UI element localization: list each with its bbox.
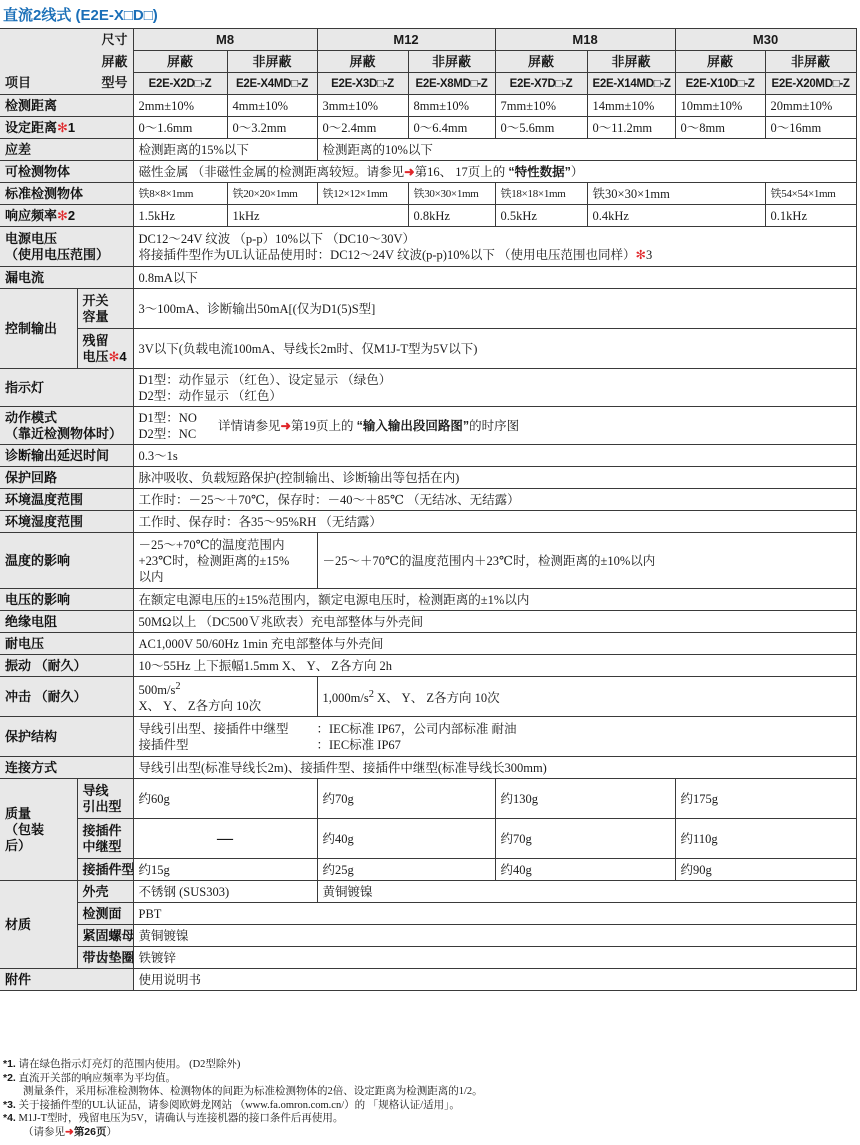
footnote: *2. 直流开关部的响应频率为平均值。 [3,1072,483,1086]
footnote: *3. 关于接插件型的UL认证品，请参阅欧姆龙网站 （www.fa.omron.… [3,1099,483,1113]
shield-type: 屏蔽 [133,51,227,73]
footnote-text: 测量条件，采用标准检测物体、检测物体的间距为标准检测物体的2倍、设定距离为检测距… [23,1086,483,1097]
cell-value: PBT [133,903,856,925]
text: 的时序图 [469,419,519,433]
header-row-shield: 屏蔽 屏蔽 非屏蔽 屏蔽 非屏蔽 屏蔽 非屏蔽 屏蔽 非屏蔽 [0,51,856,73]
cell-value: 约90g [675,859,856,881]
quoted-text: “输入输出段回路图” [357,419,470,433]
row-label: 保护结构 [0,717,133,757]
shield-type: 非屏蔽 [587,51,675,73]
cell-value: 使用说明书 [133,969,856,991]
row-indicator: 指示灯 D1型：动作显示 （红色）、设定显示 （绿色） D2型：动作显示 （红色… [0,369,856,407]
row-detectable-object: 可检测物体 磁性金属 （非磁性金属的检测距离较短。请参见➜第16、 17页上的 … [0,161,856,183]
cell-value: 0～5.6mm [495,117,587,139]
text: X、 Y、 Z各方向 10次 [374,691,500,705]
sub-label-line: 容量 [83,309,128,325]
row-label-line: （使用电压范围） [5,247,128,263]
cell-value: 约110g [675,819,856,859]
cell-value: 脉冲吸收、负载短路保护(控制输出、诊断输出等包括在内) [133,467,856,489]
row-set-distance: 设定距离✻1 0～1.6mm 0～3.2mm 0～2.4mm 0～6.4mm 0… [0,117,856,139]
item-label: 项目 [5,75,31,91]
sub-label: 检测面 [77,903,133,925]
cell-value: — [133,819,317,859]
row-label: 应差 [0,139,133,161]
row-label: 质量 （包装 后） [0,779,77,881]
cell-value: 14mm±10% [587,95,675,117]
cell-value: 检测距离的10%以下 [317,139,856,161]
shield-type: 屏蔽 [495,51,587,73]
sub-label: 接插件 中继型 [77,819,133,859]
quoted-text: “特性数据” [508,165,571,179]
sub-label: 残留 电压✻4 [77,329,133,369]
cell-value: 约70g [495,819,675,859]
row-dielectric-strength: 耐电压 AC1,000V 50/60Hz 1min 充电部整体与外壳间 [0,633,856,655]
cell-value: 0.4kHz [587,205,765,227]
cell-value: 约70g [317,779,495,819]
footnote: 测量条件，采用标准检测物体、检测物体的间距为标准检测物体的2倍、设定距离为检测距… [3,1085,483,1099]
shield-label: 屏蔽 [0,51,133,73]
cell-value: 50MΩ以上 （DC500Ｖ兆欧表）充电部整体与外壳间 [133,611,856,633]
cell-value: 约175g [675,779,856,819]
row-material-face: 检测面 PBT [0,903,856,925]
row-material-nut: 紧固螺母 黄铜镀镍 [0,925,856,947]
cell-value: 0～6.4mm [408,117,495,139]
value-line: 将接插件型作为UL认证品使用时：DC12～24V 纹波(p-p)10%以下 （使… [139,247,851,263]
row-power-voltage: 电源电压 （使用电压范围） DC12～24V 纹波 （p-p）10%以下 （DC… [0,227,856,267]
row-response-frequency: 响应频率✻2 1.5kHz 1kHz 0.8kHz 0.5kHz 0.4kHz … [0,205,856,227]
row-label: 电压的影响 [0,589,133,611]
footnote-key: *4. [3,1112,16,1124]
model-name: E2E-X2D□-Z [133,73,227,95]
shield-type: 非屏蔽 [765,51,856,73]
cell-value: 约40g [317,819,495,859]
value-line: 导线引出型、接插件中继型：IEC标准 IP67，公司内部标准 耐油 [139,721,851,737]
value-line: D1型：动作显示 （红色）、设定显示 （绿色） [139,372,851,388]
cell-value: 3V以下(负载电流100mA、导线长2m时、仅M1J-T型为5V以下) [133,329,856,369]
sub-label-line: 开关 [83,293,128,309]
footnote-text: M1J-T型时，残留电压为5V，请确认与连接机器的接口条件后再使用。 [18,1113,343,1124]
row-shock: 冲击 （耐久） 500m/s2 X、 Y、 Z各方向 10次 1,000m/s2… [0,677,856,717]
cell-value: 约60g [133,779,317,819]
mode-list: D1型：NO D2型：NC [139,410,197,442]
cell-value: 2mm±10% [133,95,227,117]
row-label: 保护回路 [0,467,133,489]
footnote-page-ref: （请参见➜第26页） [3,1126,483,1140]
cell-value: 0～8mm [675,117,765,139]
text: ） [571,165,584,179]
cell-value: －25～＋70℃的温度范围内＋23℃时，检测距离的±10%以内 [317,533,856,589]
cell-value: 黄铜镀镍 [317,881,856,903]
sub-label-line: 电压✻4 [83,349,128,365]
row-protection-circuit: 保护回路 脉冲吸收、负载短路保护(控制输出、诊断输出等包括在内) [0,467,856,489]
row-operation-mode: 动作模式 （靠近检测物体时） D1型：NO D2型：NC 详情请参见➜第19页上… [0,407,856,445]
row-label-text: 响应频率 [5,208,57,223]
item-model-header: 项目 型号 [0,73,133,95]
footnote: *1. 请在绿色指示灯亮灯的范围内使用。 (D2型除外) [3,1058,483,1072]
cell-value: DC12～24V 纹波 （p-p）10%以下 （DC10～30V） 将接插件型作… [133,227,856,267]
row-temperature-influence: 温度的影响 －25～+70℃的温度范围内 +23℃时，检测距离的±15% 以内 … [0,533,856,589]
asterisk-icon: ✻ [636,248,646,262]
row-label: 材质 [0,881,77,969]
page-link[interactable]: 第19页上的 [291,419,357,433]
value-line: 以内 [139,569,312,585]
page-link[interactable]: 第16、 17页上的 [415,165,509,179]
row-voltage-influence: 电压的影响 在额定电源电压的±15%范围内，额定电源电压时，检测距离的±1%以内 [0,589,856,611]
cell-value: －25～+70℃的温度范围内 +23℃时，检测距离的±15% 以内 [133,533,317,589]
cell-value: 铁30×30×1mm [408,183,495,205]
value-line: D2型：动作显示 （红色） [139,388,851,404]
row-ambient-humidity: 环境湿度范围 工作时、保存时：各35～95%RH （无结露） [0,511,856,533]
model-name: E2E-X10D□-Z [675,73,765,95]
shield-type: 屏蔽 [675,51,765,73]
cell-value: 4mm±10% [227,95,317,117]
cell-value: 不锈钢 (SUS303) [133,881,317,903]
cell-value: 0.5kHz [495,205,587,227]
row-sensing-distance: 检测距离 2mm±10% 4mm±10% 3mm±10% 8mm±10% 7mm… [0,95,856,117]
text: 1,000m/s [323,691,369,705]
cell-value: 0～11.2mm [587,117,675,139]
text: 500m/s [139,683,176,697]
cell-value: 0～16mm [765,117,856,139]
shield-type: 非屏蔽 [227,51,317,73]
value-line: 接插件型：IEC标准 IP67 [139,737,851,753]
row-label: 绝缘电阻 [0,611,133,633]
page-link[interactable]: 第26页 [74,1126,107,1138]
text: 磁性金属 （非磁性金属的检测距离较短。请参见 [139,165,405,179]
row-label-line: 动作模式 [5,410,128,426]
cell-value: 导线引出型、接插件中继型：IEC标准 IP67，公司内部标准 耐油 接插件型：I… [133,717,856,757]
asterisk-icon: ✻ [109,349,120,364]
row-label: 控制输出 [0,289,77,369]
row-label-line: （包装 [5,822,72,838]
row-label: 冲击 （耐久） [0,677,133,717]
timing-reference: 详情请参见➜第19页上的 “输入输出段回路图”的时序图 [218,418,519,434]
size-m8: M8 [133,29,317,51]
size-label: 尺寸 [0,29,133,51]
sub-label-line: 残留 [83,333,128,349]
row-label: 标准检测物体 [0,183,133,205]
cell-value: D1型：NO D2型：NC 详情请参见➜第19页上的 “输入输出段回路图”的时序… [133,407,856,445]
rating-text: ：IEC标准 IP67，公司内部标准 耐油 [317,722,517,736]
model-name: E2E-X7D□-Z [495,73,587,95]
row-label: 电源电压 （使用电压范围） [0,227,133,267]
row-label: 设定距离✻1 [0,117,133,139]
size-m18: M18 [495,29,675,51]
row-label: 诊断输出延迟时间 [0,445,133,467]
cell-value: 0～3.2mm [227,117,317,139]
row-label-line: 后） [5,838,72,854]
text: ） [107,1127,118,1138]
cell-value: D1型：动作显示 （红色）、设定显示 （绿色） D2型：动作显示 （红色） [133,369,856,407]
page-title: 直流2线式 (E2E-X□D□) [3,4,158,25]
row-ambient-temperature: 环境温度范围 工作时：－25～＋70℃，保存时：－40～＋85℃ （无结冰、无结… [0,489,856,511]
value-line: +23℃时，检测距离的±15% [139,553,312,569]
text: 将接插件型作为UL认证品使用时：DC12～24V 纹波(p-p)10%以下 （使… [139,248,636,262]
cell-value: 0.3～1s [133,445,856,467]
sub-label: 开关 容量 [77,289,133,329]
row-label: 可检测物体 [0,161,133,183]
footnote-key: *2. [3,1072,16,1084]
value-line: D1型：NO [139,410,197,426]
cell-value: 检测距离的15%以下 [133,139,317,161]
row-weight-relay: 接插件 中继型 — 约40g 约70g 约110g [0,819,856,859]
row-label: 动作模式 （靠近检测物体时） [0,407,133,445]
footnote-text: 关于接插件型的UL认证品，请参阅欧姆龙网站 （www.fa.omron.com.… [18,1100,459,1111]
arrow-right-icon: ➜ [404,165,414,179]
row-diag-delay: 诊断输出延迟时间 0.3～1s [0,445,856,467]
text: 详情请参见 [218,419,281,433]
row-label-line: 电源电压 [5,231,128,247]
sub-label: 带齿垫圈 [77,947,133,969]
cell-value: 工作时、保存时：各35～95%RH （无结露） [133,511,856,533]
sub-label: 紧固螺母 [77,925,133,947]
note-ref: 2 [68,208,75,223]
cell-value: 3～100mA、诊断输出50mA[(仅为D1(5)S型] [133,289,856,329]
row-label: 环境湿度范围 [0,511,133,533]
row-protective-structure: 保护结构 导线引出型、接插件中继型：IEC标准 IP67，公司内部标准 耐油 接… [0,717,856,757]
cell-value: 导线引出型(标准导线长2m)、接插件型、接插件中继型(标准导线长300mm) [133,757,856,779]
cell-value: 20mm±10% [765,95,856,117]
footnote-key: *3. [3,1099,16,1111]
row-label: 附件 [0,969,133,991]
row-standard-object: 标准检测物体 铁8×8×1mm 铁20×20×1mm 铁12×12×1mm 铁3… [0,183,856,205]
cell-value: 3mm±10% [317,95,408,117]
cell-value: 约25g [317,859,495,881]
row-weight-lead: 质量 （包装 后） 导线 引出型 约60g 约70g 约130g 约175g [0,779,856,819]
cell-value: 黄铜镀镍 [133,925,856,947]
sub-label: 外壳 [77,881,133,903]
sub-label-line: 接插件 [83,823,128,839]
cell-value: 铁54×54×1mm [765,183,856,205]
cell-value: 工作时：－25～＋70℃，保存时：－40～＋85℃ （无结冰、无结露） [133,489,856,511]
cell-value: 1,000m/s2 X、 Y、 Z各方向 10次 [317,677,856,717]
row-hysteresis: 应差 检测距离的15%以下 检测距离的10%以下 [0,139,856,161]
row-label: 耐电压 [0,633,133,655]
cell-value: 500m/s2 X、 Y、 Z各方向 10次 [133,677,317,717]
row-control-output-residual: 残留 电压✻4 3V以下(负载电流100mA、导线长2m时、仅M1J-T型为5V… [0,329,856,369]
row-label: 连接方式 [0,757,133,779]
header-row-model: 项目 型号 E2E-X2D□-Z E2E-X4MD□-Z E2E-X3D□-Z … [0,73,856,95]
row-vibration: 振动 （耐久） 10～55Hz 上下振幅1.5mm X、 Y、 Z各方向 2h [0,655,856,677]
shield-type: 屏蔽 [317,51,408,73]
row-label-line: 质量 [5,806,72,822]
row-material-washer: 带齿垫圈 铁镀锌 [0,947,856,969]
value-line: D2型：NC [139,426,197,442]
cell-value: 1kHz [227,205,408,227]
type-text: 接插件型 [139,737,317,753]
cell-value: 铁12×12×1mm [317,183,408,205]
cell-value: 0～2.4mm [317,117,408,139]
footnote: *4. M1J-T型时，残留电压为5V，请确认与连接机器的接口条件后再使用。 [3,1112,483,1126]
asterisk-icon: ✻ [57,208,68,223]
footnote-text: 直流开关部的响应频率为平均值。 [18,1073,176,1084]
cell-value: 10mm±10% [675,95,765,117]
cell-value: 铁8×8×1mm [133,183,227,205]
model-name: E2E-X20MD□-Z [765,73,856,95]
spec-table: 尺寸 M8 M12 M18 M30 屏蔽 屏蔽 非屏蔽 屏蔽 非屏蔽 屏蔽 非屏… [0,28,857,991]
row-label-line: （靠近检测物体时） [5,426,128,442]
text: 电压 [83,349,109,364]
sub-label-line: 中继型 [83,839,128,855]
row-material-case: 材质 外壳 不锈钢 (SUS303) 黄铜镀镍 [0,881,856,903]
row-leakage-current: 漏电流 0.8mA以下 [0,267,856,289]
row-connection: 连接方式 导线引出型(标准导线长2m)、接插件型、接插件中继型(标准导线长300… [0,757,856,779]
footnotes: *1. 请在绿色指示灯亮灯的范围内使用。 (D2型除外) *2. 直流开关部的响… [3,1058,483,1139]
cell-value: 0.1kHz [765,205,856,227]
arrow-right-icon: ➜ [65,1127,74,1138]
type-text: 导线引出型、接插件中继型 [139,721,317,737]
size-m12: M12 [317,29,495,51]
row-label: 漏电流 [0,267,133,289]
cell-value: 0.8mA以下 [133,267,856,289]
rating-text: ：IEC标准 IP67 [317,738,401,752]
asterisk-icon: ✻ [57,120,68,135]
text: （请参见 [23,1127,65,1138]
cell-value: 0～1.6mm [133,117,227,139]
shield-type: 非屏蔽 [408,51,495,73]
superscript: 2 [175,681,180,692]
cell-value: 约40g [495,859,675,881]
row-label: 指示灯 [0,369,133,407]
model-name: E2E-X3D□-Z [317,73,408,95]
note-ref: 3 [646,248,652,262]
footnote-text: 请在绿色指示灯亮灯的范围内使用。 (D2型除外) [18,1059,240,1070]
row-label: 检测距离 [0,95,133,117]
value-line: X、 Y、 Z各方向 10次 [139,698,312,714]
row-label: 温度的影响 [0,533,133,589]
cell-value: 铁镀锌 [133,947,856,969]
cell-value: 0.8kHz [408,205,495,227]
value-line: 500m/s2 [139,679,312,698]
footnote-key: *1. [3,1058,16,1070]
cell-value: 1.5kHz [133,205,227,227]
cell-value: 10～55Hz 上下振幅1.5mm X、 Y、 Z各方向 2h [133,655,856,677]
note-ref: 4 [119,349,126,364]
row-label-text: 设定距离 [5,120,57,135]
cell-value: 在额定电源电压的±15%范围内，额定电源电压时，检测距离的±1%以内 [133,589,856,611]
size-m30: M30 [675,29,856,51]
cell-value: 铁20×20×1mm [227,183,317,205]
sub-label: 导线 引出型 [77,779,133,819]
value-line: DC12～24V 纹波 （p-p）10%以下 （DC10～30V） [139,231,851,247]
row-label: 环境温度范围 [0,489,133,511]
cell-value: 铁18×18×1mm [495,183,587,205]
sub-label: 接插件型 [77,859,133,881]
header-row-size: 尺寸 M8 M12 M18 M30 [0,29,856,51]
row-control-output-switching: 控制输出 开关 容量 3～100mA、诊断输出50mA[(仅为D1(5)S型] [0,289,856,329]
model-name: E2E-X4MD□-Z [227,73,317,95]
row-label: 响应频率✻2 [0,205,133,227]
cell-value: 约15g [133,859,317,881]
model-name: E2E-X14MD□-Z [587,73,675,95]
sub-label-line: 导线 [83,783,128,799]
row-label: 振动 （耐久） [0,655,133,677]
row-weight-connector: 接插件型 约15g 约25g 约40g 约90g [0,859,856,881]
cell-value: 磁性金属 （非磁性金属的检测距离较短。请参见➜第16、 17页上的 “特性数据”… [133,161,856,183]
row-accessory: 附件 使用说明书 [0,969,856,991]
arrow-right-icon: ➜ [281,419,291,433]
value-line: －25～+70℃的温度范围内 [139,537,312,553]
model-label: 型号 [102,75,128,91]
row-insulation-resistance: 绝缘电阻 50MΩ以上 （DC500Ｖ兆欧表）充电部整体与外壳间 [0,611,856,633]
model-name: E2E-X8MD□-Z [408,73,495,95]
cell-value: AC1,000V 50/60Hz 1min 充电部整体与外壳间 [133,633,856,655]
note-ref: 1 [68,120,75,135]
cell-value: 8mm±10% [408,95,495,117]
cell-value: 7mm±10% [495,95,587,117]
cell-value: 铁30×30×1mm [587,183,765,205]
sub-label-line: 引出型 [83,799,128,815]
cell-value: 约130g [495,779,675,819]
